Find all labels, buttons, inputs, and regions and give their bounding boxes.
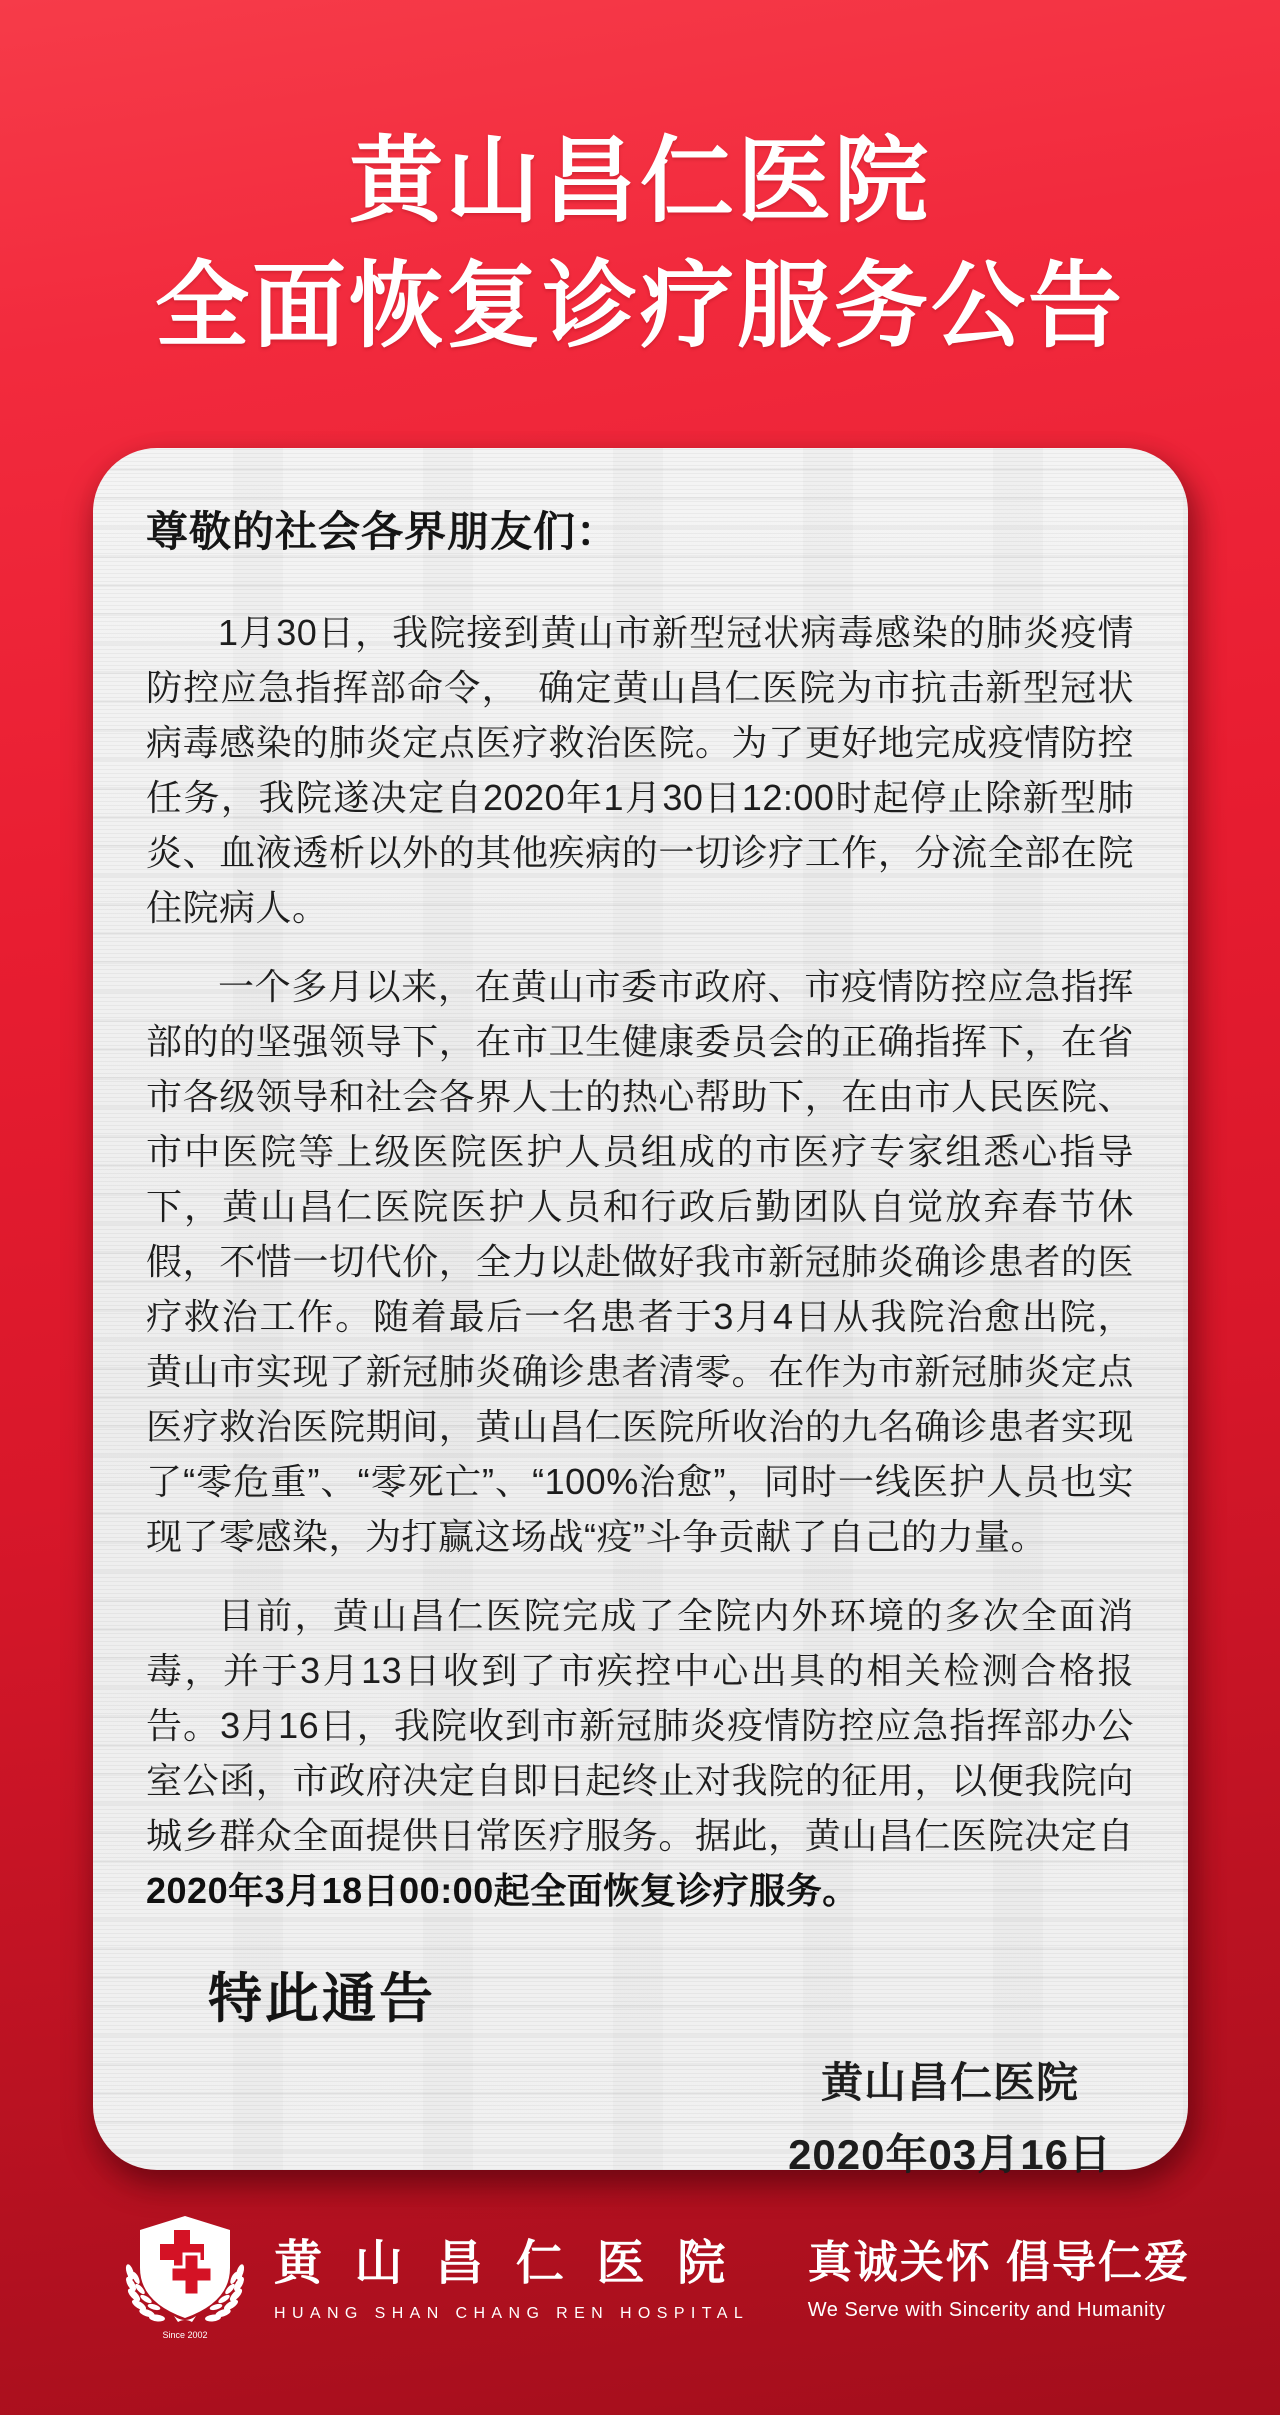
notice-paragraph-2: 一个多月以来，在黄山市委市政府、市疫情防控应急指挥部的的坚强领导下，在市卫生健康… xyxy=(146,959,1134,1564)
salutation: 尊敬的社会各界朋友们： xyxy=(146,504,1134,559)
slogan-en: We Serve with Sincerity and Humanity xyxy=(808,2299,1166,2322)
hospital-name-block: 黄山昌仁医院 HUANG SHAN CHANG REN HOSPITAL xyxy=(274,2238,758,2323)
poster-title: 黄山昌仁医院 全面恢复诊疗服务公告 xyxy=(0,118,1280,368)
notice-card: 尊敬的社会各界朋友们： 1月30日，我院接到黄山市新型冠状病毒感染的肺炎疫情防控… xyxy=(93,448,1188,2170)
announcement-poster: 黄山昌仁医院 全面恢复诊疗服务公告 尊敬的社会各界朋友们： 1月30日，我院接到… xyxy=(0,0,1280,2415)
notice-paragraph-3: 目前，黄山昌仁医院完成了全院内外环境的多次全面消毒，并于3月13日收到了市疾控中… xyxy=(146,1588,1134,1918)
poster-title-line1: 黄山昌仁医院 xyxy=(0,118,1280,243)
notice-paragraph-1: 1月30日，我院接到黄山市新型冠状病毒感染的肺炎疫情防控应急指挥部命令， 确定黄… xyxy=(146,605,1134,935)
notice-paragraph-3-bold: 2020年3月18日00:00起全面恢复诊疗服务。 xyxy=(146,1870,859,1911)
hospital-logo: Since 2002 xyxy=(122,2212,248,2349)
slogan-cn: 真诚关怀 倡导仁爱 xyxy=(808,2239,1190,2287)
footer: Since 2002 黄山昌仁医院 HUANG SHAN CHANG REN H… xyxy=(0,2170,1280,2415)
shield-wreath-logo-icon: Since 2002 xyxy=(122,2212,248,2344)
hospital-name-cn: 黄山昌仁医院 xyxy=(274,2238,758,2291)
closing-statement: 特此通告 xyxy=(208,1956,1134,2033)
notice-paragraph-3-normal: 目前，黄山昌仁医院完成了全院内外环境的多次全面消毒，并于3月13日收到了市疾控中… xyxy=(146,1595,1134,1856)
poster-title-line2: 全面恢复诊疗服务公告 xyxy=(0,243,1280,368)
signature-org: 黄山昌仁医院 xyxy=(780,2047,1120,2119)
hospital-name-en: HUANG SHAN CHANG REN HOSPITAL xyxy=(274,2305,758,2323)
logo-since-label: Since 2002 xyxy=(162,2330,207,2340)
slogan-block: 真诚关怀 倡导仁爱 We Serve with Sincerity and Hu… xyxy=(808,2239,1190,2322)
